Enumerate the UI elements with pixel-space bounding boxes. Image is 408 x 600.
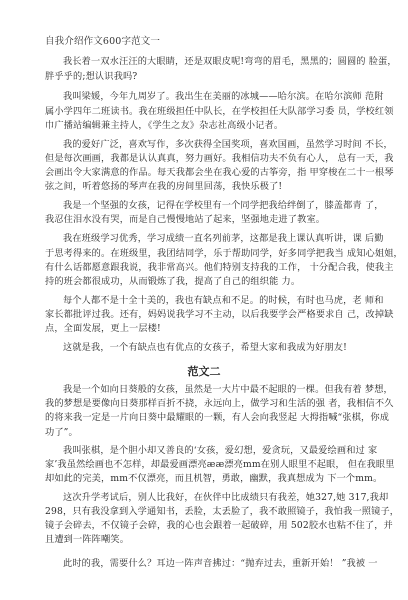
text-line: 但是每次画画，我都是认认真真，努力画好。我相信功夫不负有心人， 总有一天，我 <box>45 153 365 165</box>
document-title: 自我介绍作文600字范文一 <box>45 36 365 48</box>
text-line: 且遭到一阵阵嘲笑。 <box>45 534 365 546</box>
document-page: 自我介绍作文600字范文一 我长着一双水汪汪的大眼睛，还是双眼皮呢!弯弯的眉毛，… <box>0 0 408 600</box>
text-line: 我叫张棋，是个胆小却又善良的‘女孩，爱幻想，爱贪玩，又最爱绘画和过 家 <box>63 445 365 457</box>
text-line: 弦之间，听着悠扬的琴声在我的房间里回荡，我快乐极了! <box>45 181 365 193</box>
text-line: 我的爱好广泛，喜欢写作，多次获得全国奖项，喜欢国画，虽然学习时间 不长， <box>63 139 365 151</box>
text-line: 于思考得来的。在班级里，我团结同学，乐于帮助同学，好多同学把我当 成知心姐姐， <box>45 248 365 260</box>
text-line: 巾广播站编辑兼主持人，《学生之友》杂志社高级小记者。 <box>45 120 365 132</box>
text-line: 家长都批评过我。还有，妈妈说我学习不主动，以后我要学会严格要求自 己，改掉缺 <box>45 309 365 321</box>
text-line: 我的梦想是要像向日葵那样百折不挠，永远向上，做学习和生活的强 者，我相信不久 <box>45 398 365 410</box>
text-line: 有什么话都愿意跟我说，我非常高兴。他们特别支持我的工作， 十分配合我，使我主 <box>45 262 365 274</box>
text-line: 此时的我，需要什么？耳边一阵声音拂过：“抛弃过去，重新开始！ ”我被 一 <box>63 558 365 570</box>
text-line: 功了”。 <box>45 427 365 439</box>
text-line: 属小学四年二班读书。我在班级担任中队长，在学校担任大队部学习委 员，学校红领 <box>45 106 365 118</box>
text-line: 我忍住泪水没有哭，而是自己慢慢地站了起来，坚强地走进了教室。 <box>45 214 365 226</box>
text-line: 这就是我，一个有缺点也有优点的女孩子，希望大家和我成为好朋友! <box>63 342 365 354</box>
text-line: 298，只有我没拿到入学通知书，丢脸，太丢脸了，我不敢照镜子，我怕我一照镜子， <box>45 506 365 518</box>
text-line: 的将来我一定是一片向日葵中最耀眼的一颗，有人会向我竖起 大拇指喊“张棋，你成 <box>45 412 365 424</box>
text-line: 却如此的完美，mm不仅漂亮，而且机智，勇敢，幽默，我真想成为 下一个mm。 <box>45 473 365 485</box>
section-heading: 范文二 <box>0 363 408 379</box>
text-line: 这次升学考试后，别人比我好，在伙伴中比成绩只有我差，她327,她 317,我却 <box>63 492 365 504</box>
text-line: 胖乎乎的;想认识我吗? <box>45 71 365 83</box>
text-line: 点，全面发展，更上一层楼! <box>45 323 365 335</box>
text-line: 我长着一双水汪汪的大眼睛，还是双眼皮呢!弯弯的眉毛，黑黑的；圆圆的 脸蛋， <box>63 56 365 68</box>
text-line: 家’我虽然绘画也不怎样，却最爱画漂亮ææ漂亮mm在别人眼里不起眼， 但在我眼里 <box>45 459 365 471</box>
text-line: 会画出令大家满意的作品。每天我都会坐在我心爱的古筝旁，指 甲穿梭在二十一根琴 <box>45 167 365 179</box>
text-line: 镜子会碎去，不仅镜子会碎，我的心也会跟着一起破碎，用 502胶水也粘不住了，并 <box>45 520 365 532</box>
text-line: 我是一个坚强的女孩，记得在学校里有一个同学把我给绊倒了，膝盖都青 了， <box>63 200 365 212</box>
text-line: 我叫梁媛，今年九周岁了。我出生在美丽的冰城——哈尔滨。在哈尔滨师 范附 <box>63 91 365 103</box>
text-line: 持的班会都很成功，从而锻炼了我，提高了自己的组织能 力。 <box>45 276 365 288</box>
text-line: 我是一个如向日葵般的女孩，虽然是一大片中最不起眼的一棵。但我有着 梦想， <box>63 384 365 396</box>
text-line: 我在班级学习优秀，学习成绩一直名列前茅，这都是我上课认真听讲，课 后勤 <box>63 233 365 245</box>
text-line: 每个人都不是十全十美的，我也有缺点和不足。的时候，有时也马虎，老 师和 <box>63 295 365 307</box>
